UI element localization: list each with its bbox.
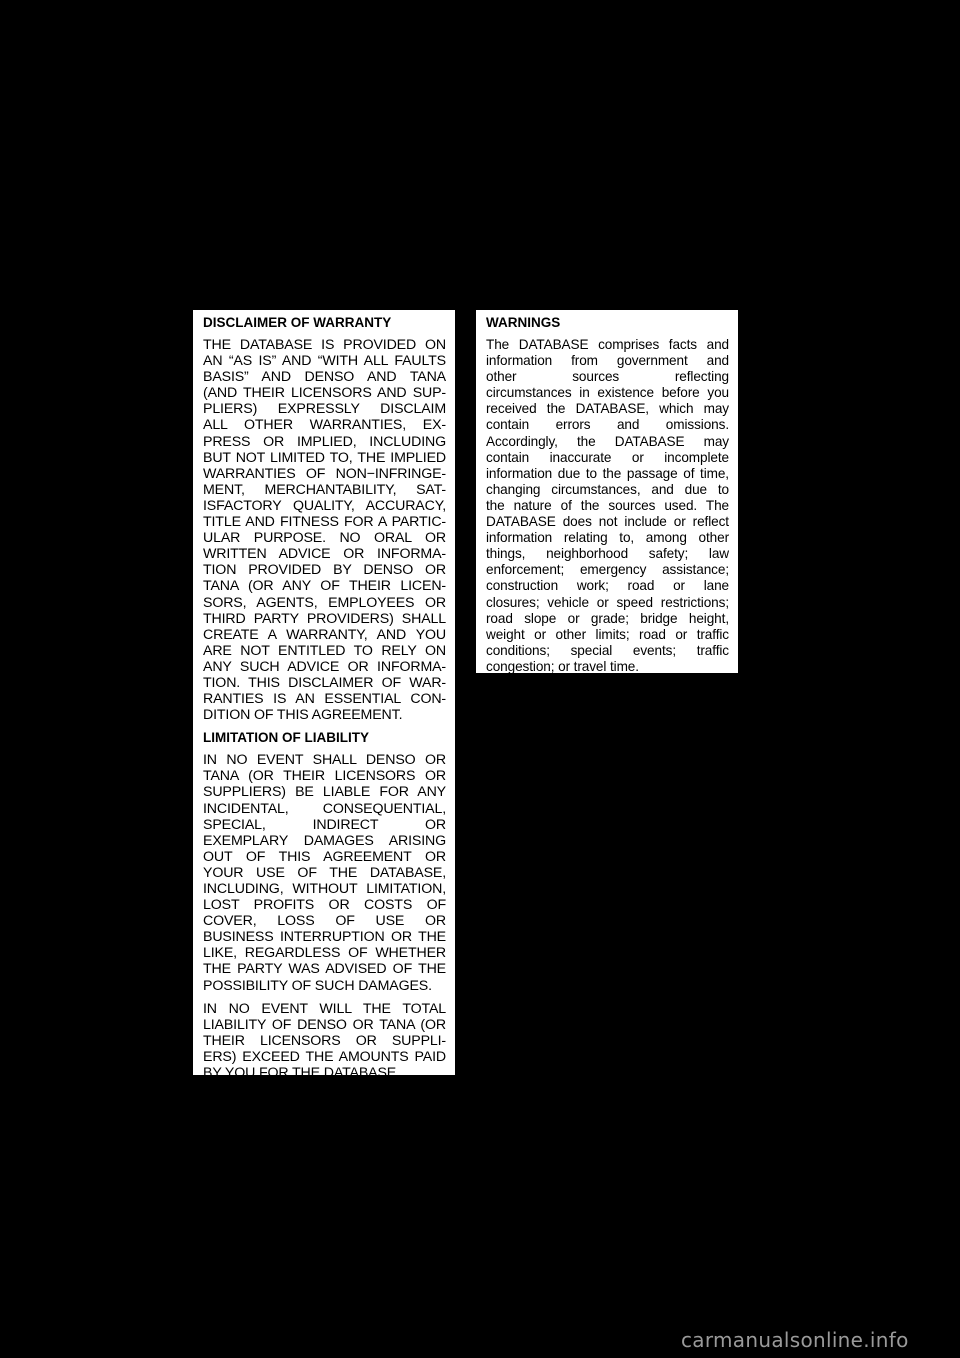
text-line: weight or other limits; road or traffic [486,627,729,643]
text-line: circumstances in existence before you [486,385,729,401]
text-line: LIKE, REGARDLESS OF WHETHER [203,945,446,961]
text-line: SPECIAL, INDIRECT OR [203,817,446,833]
text-line: ALL OTHER WARRANTIES, EX- [203,417,446,433]
disclaimer-paragraph: THE DATABASE IS PROVIDED ONAN “AS IS” AN… [203,337,446,723]
text-line: THE DATABASE IS PROVIDED ON [203,337,446,353]
text-line: things, neighborhood safety; law [486,546,729,562]
text-line: the nature of the sources used. The [486,498,729,514]
text-line: information due to the passage of time, [486,466,729,482]
text-line: THIRD PARTY PROVIDERS) SHALL [203,611,446,627]
text-line: DATABASE does not include or reflect [486,514,729,530]
text-line: RANTIES IS AN ESSENTIAL CON- [203,691,446,707]
text-line: TION. THIS DISCLAIMER OF WAR- [203,675,446,691]
text-line: LIABILITY OF DENSO OR TANA (OR [203,1017,446,1033]
text-line: DITION OF THIS AGREEMENT. [203,707,446,723]
text-line: changing circumstances, and due to [486,482,729,498]
text-line: ANY SUCH ADVICE OR INFORMA- [203,659,446,675]
text-line: The DATABASE comprises facts and [486,337,729,353]
disclaimer-heading: DISCLAIMER OF WARRANTY [203,315,446,331]
warnings-panel: WARNINGS The DATABASE comprises facts an… [476,310,738,673]
text-line: received the DATABASE, which may [486,401,729,417]
text-line: OUT OF THIS AGREEMENT OR [203,849,446,865]
text-line: THEIR LICENSORS OR SUPPLI- [203,1033,446,1049]
text-line: information relating to, among other [486,530,729,546]
text-line: CREATE A WARRANTY, AND YOU [203,627,446,643]
text-line: WRITTEN ADVICE OR INFORMA- [203,546,446,562]
watermark: carmanualsonline.info [681,1328,909,1352]
text-line: LOST PROFITS OR COSTS OF [203,897,446,913]
limitation-paragraph-2: IN NO EVENT WILL THE TOTALLIABILITY OF D… [203,1001,446,1081]
text-line: IN NO EVENT WILL THE TOTAL [203,1001,446,1017]
text-line: Accordingly, the DATABASE may [486,434,729,450]
text-line: INCIDENTAL, CONSEQUENTIAL, [203,801,446,817]
text-line: BY YOU FOR THE DATABASE. [203,1065,446,1081]
text-line: conditions; special events; traffic [486,643,729,659]
text-line: IN NO EVENT SHALL DENSO OR [203,752,446,768]
text-line: road slope or grade; bridge height, [486,611,729,627]
text-line: (AND THEIR LICENSORS AND SUP- [203,385,446,401]
text-line: closures; vehicle or speed restrictions; [486,595,729,611]
text-line: MENT, MERCHANTABILITY, SAT- [203,482,446,498]
text-line: EXEMPLARY DAMAGES ARISING [203,833,446,849]
text-line: PRESS OR IMPLIED, INCLUDING [203,434,446,450]
text-line: WARRANTIES OF NON−INFRINGE- [203,466,446,482]
limitation-heading: LIMITATION OF LIABILITY [203,730,446,746]
text-line: BUSINESS INTERRUPTION OR THE [203,929,446,945]
warnings-paragraph: The DATABASE comprises facts andinformat… [486,337,729,675]
text-line: ULAR PURPOSE. NO ORAL OR [203,530,446,546]
text-line: COVER, LOSS OF USE OR [203,913,446,929]
text-line: TITLE AND FITNESS FOR A PARTIC- [203,514,446,530]
text-line: INCLUDING, WITHOUT LIMITATION, [203,881,446,897]
text-line: TANA (OR THEIR LICENSORS OR [203,768,446,784]
text-line: ERS) EXCEED THE AMOUNTS PAID [203,1049,446,1065]
text-line: information from government and [486,353,729,369]
text-line: SORS, AGENTS, EMPLOYEES OR [203,595,446,611]
text-line: TION PROVIDED BY DENSO OR [203,562,446,578]
text-line: POSSIBILITY OF SUCH DAMAGES. [203,978,446,994]
text-line: BUT NOT LIMITED TO, THE IMPLIED [203,450,446,466]
warnings-heading: WARNINGS [486,315,729,331]
text-line: construction work; road or lane [486,578,729,594]
text-line: ISFACTORY QUALITY, ACCURACY, [203,498,446,514]
text-line: YOUR USE OF THE DATABASE, [203,865,446,881]
text-line: congestion; or travel time. [486,659,729,675]
text-line: THE PARTY WAS ADVISED OF THE [203,961,446,977]
text-line: other sources reflecting [486,369,729,385]
text-line: TANA (OR ANY OF THEIR LICEN- [203,578,446,594]
text-line: ARE NOT ENTITLED TO RELY ON [203,643,446,659]
limitation-paragraph-1: IN NO EVENT SHALL DENSO ORTANA (OR THEIR… [203,752,446,993]
text-line: enforcement; emergency assistance; [486,562,729,578]
text-line: PLIERS) EXPRESSLY DISCLAIM [203,401,446,417]
text-line: contain errors and omissions. [486,417,729,433]
text-line: AN “AS IS” AND “WITH ALL FAULTS [203,353,446,369]
text-line: contain inaccurate or incomplete [486,450,729,466]
text-line: SUPPLIERS) BE LIABLE FOR ANY [203,784,446,800]
disclaimer-panel: DISCLAIMER OF WARRANTY THE DATABASE IS P… [193,310,455,1075]
text-line: BASIS” AND DENSO AND TANA [203,369,446,385]
